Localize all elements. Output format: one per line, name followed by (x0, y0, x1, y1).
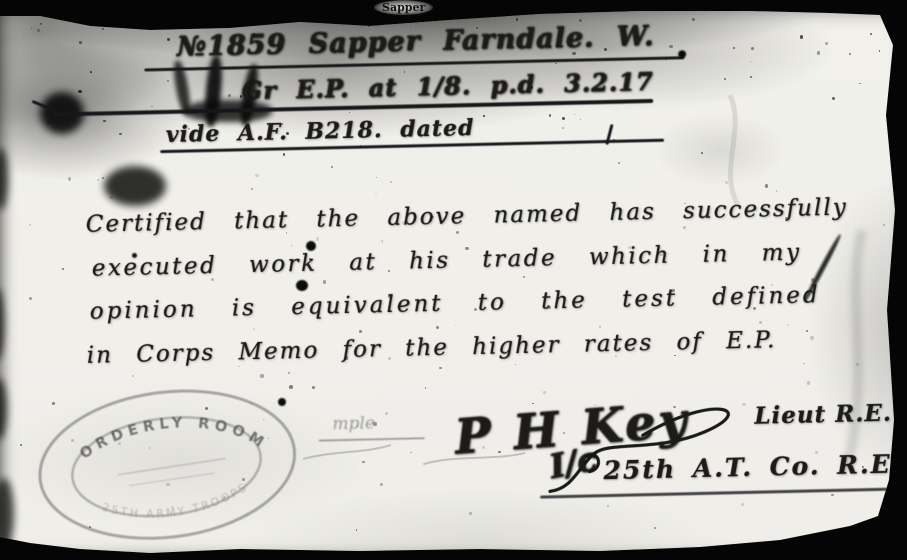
rank-note: Lieut R.E. (754, 400, 892, 430)
handwriting-layer: №1859 Sapper Farndale. W. Gr E.P. at 1/8… (0, 0, 907, 560)
scanned-certificate: ORDERLY ROOM 25TH ARMY TROOPS №1859 Sapp… (0, 0, 907, 560)
tiny-top-note: Sapper (374, 0, 433, 15)
paper-sheet: ORDERLY ROOM 25TH ARMY TROOPS №1859 Sapp… (0, 0, 907, 560)
